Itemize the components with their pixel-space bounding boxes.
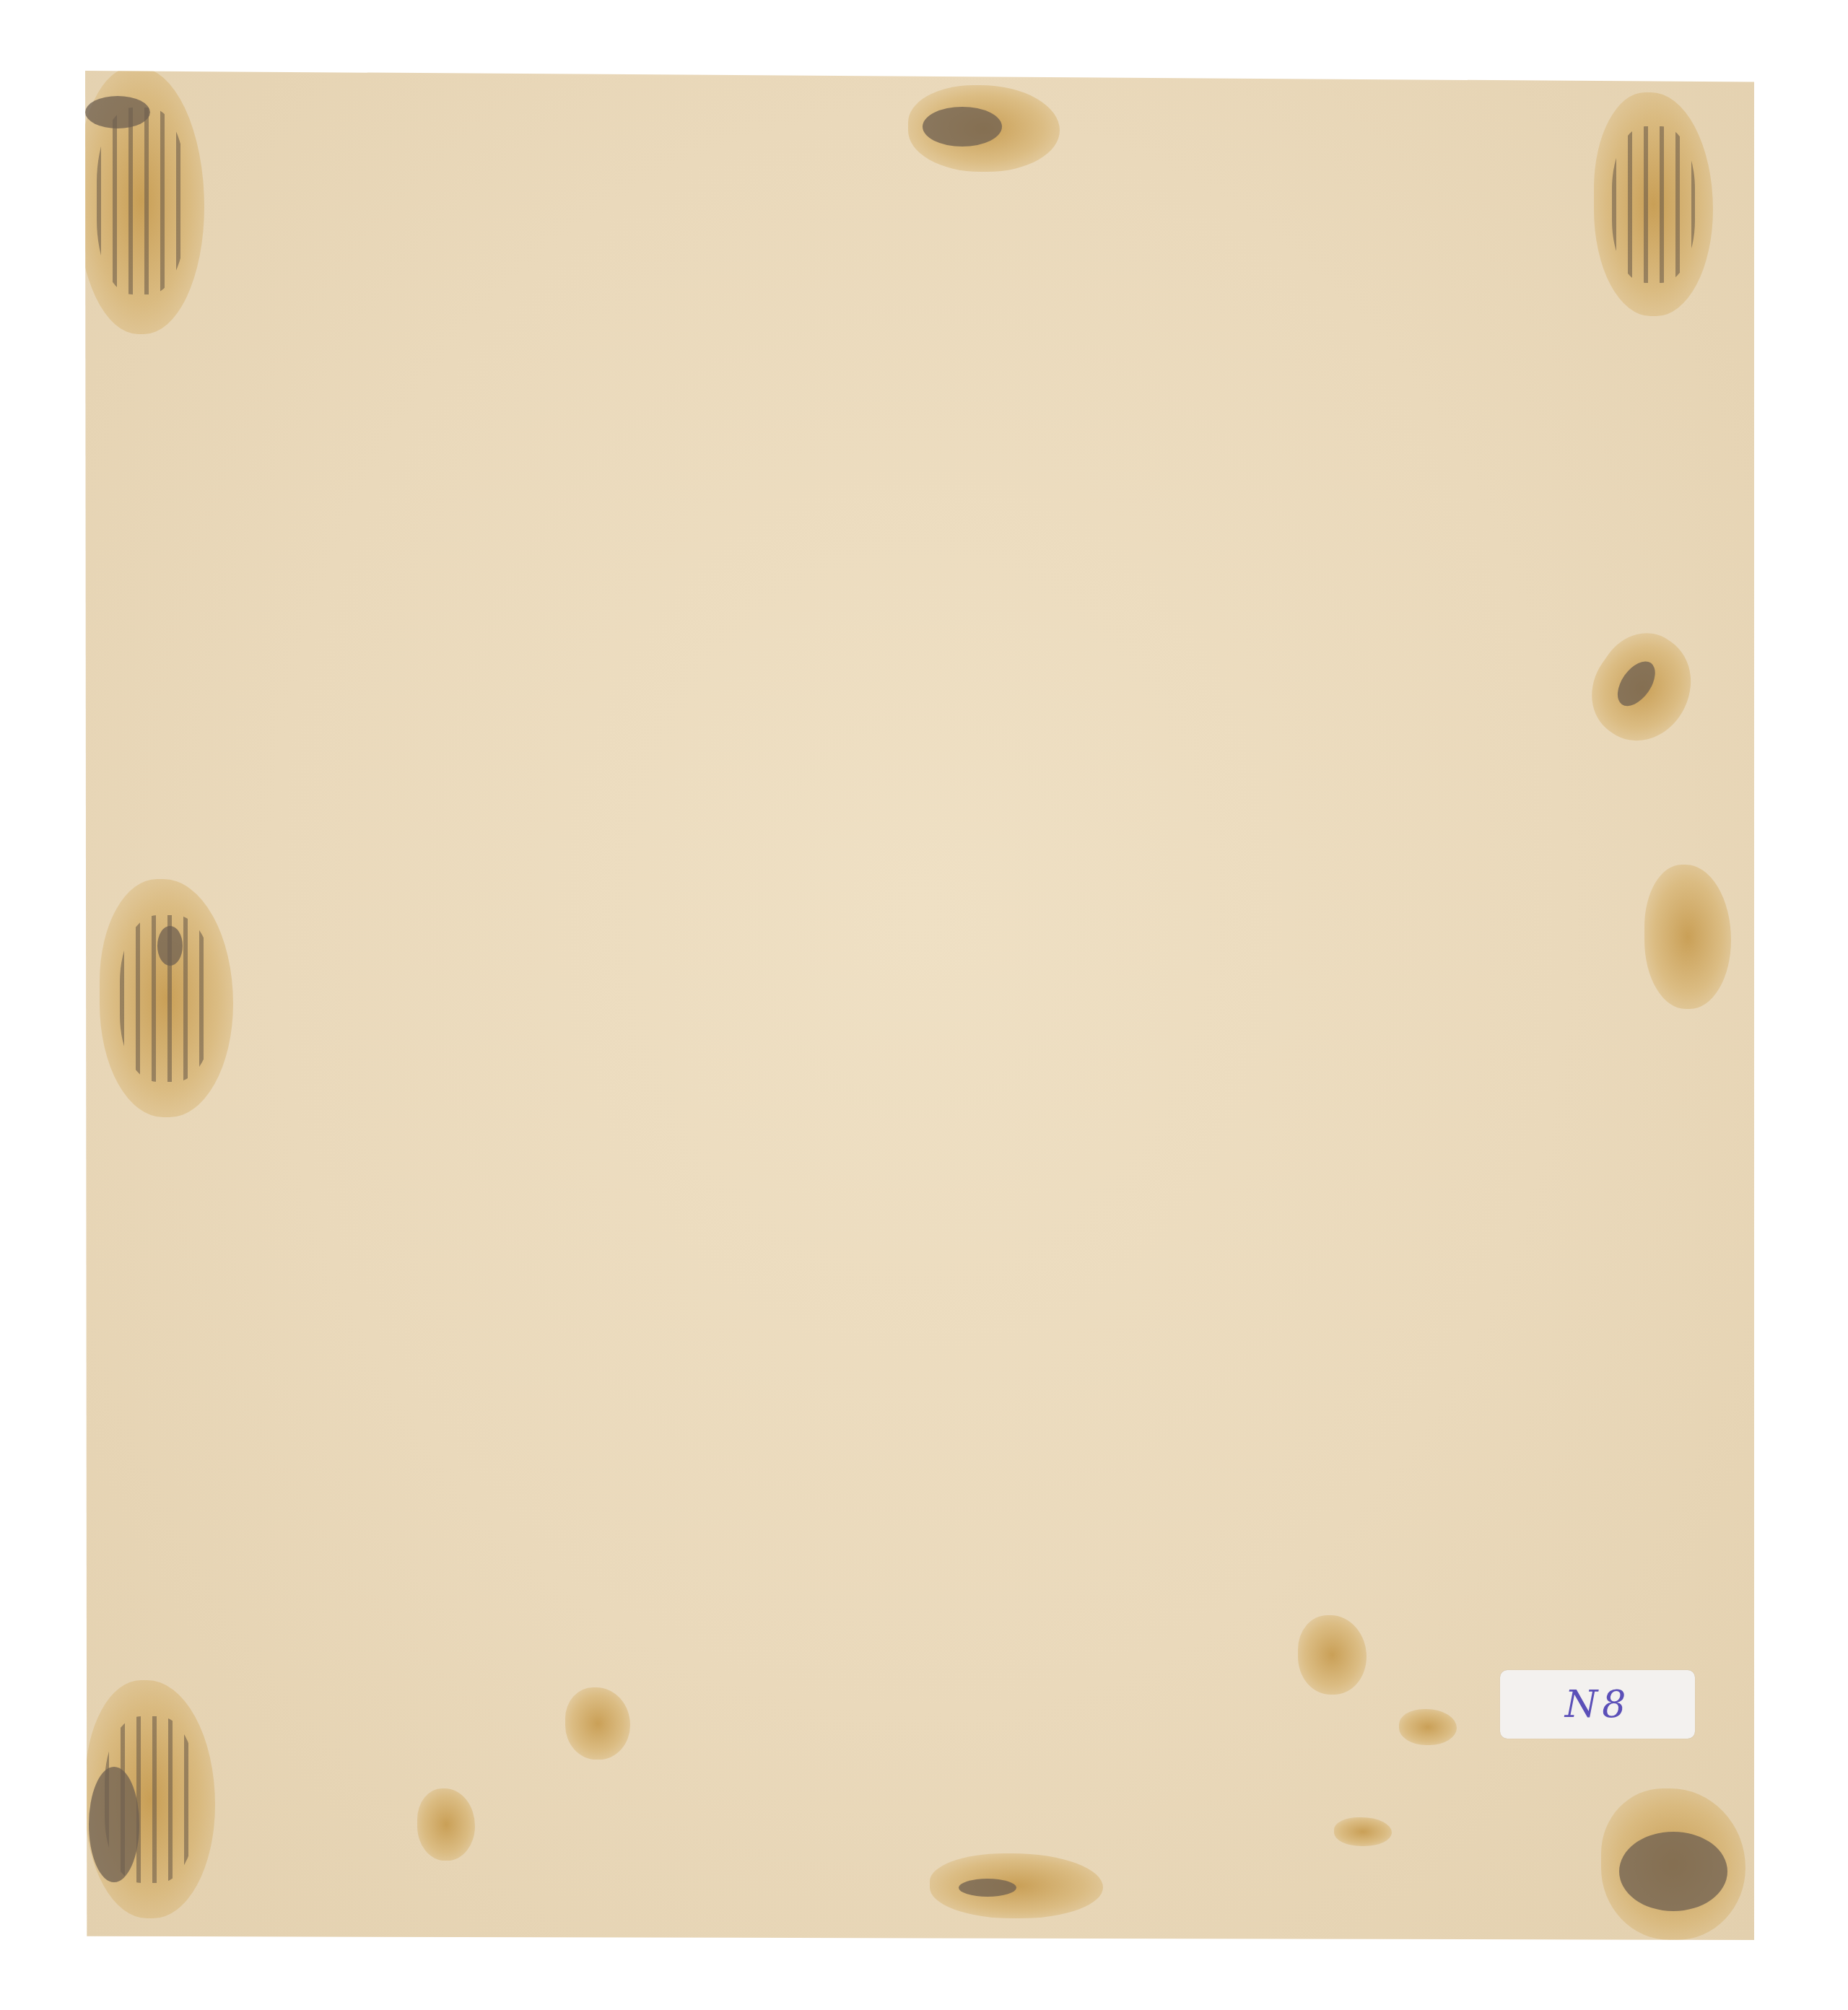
stain-bottom-right	[1601, 1788, 1745, 1940]
stain-bottom-center	[930, 1853, 1103, 1918]
paper-sheet	[85, 71, 1754, 1940]
label-text: N8	[1565, 1683, 1631, 1726]
stain-bottom-small-5	[1334, 1817, 1392, 1846]
stain-bottom-small-4	[1399, 1709, 1457, 1745]
stain-left-middle	[100, 879, 233, 1117]
stain-bottom-left	[85, 1680, 215, 1918]
sticker-label: N8	[1500, 1670, 1695, 1739]
stain-bottom-small-3	[1298, 1615, 1367, 1695]
stain-bottom-small-2	[565, 1687, 630, 1760]
stain-top-right	[1594, 92, 1713, 316]
stain-right-streak	[1573, 616, 1712, 759]
stain-top-center	[908, 85, 1060, 172]
stain-top-left	[78, 67, 204, 334]
stain-right-middle	[1644, 865, 1731, 1009]
stain-bottom-small-1	[417, 1788, 475, 1861]
